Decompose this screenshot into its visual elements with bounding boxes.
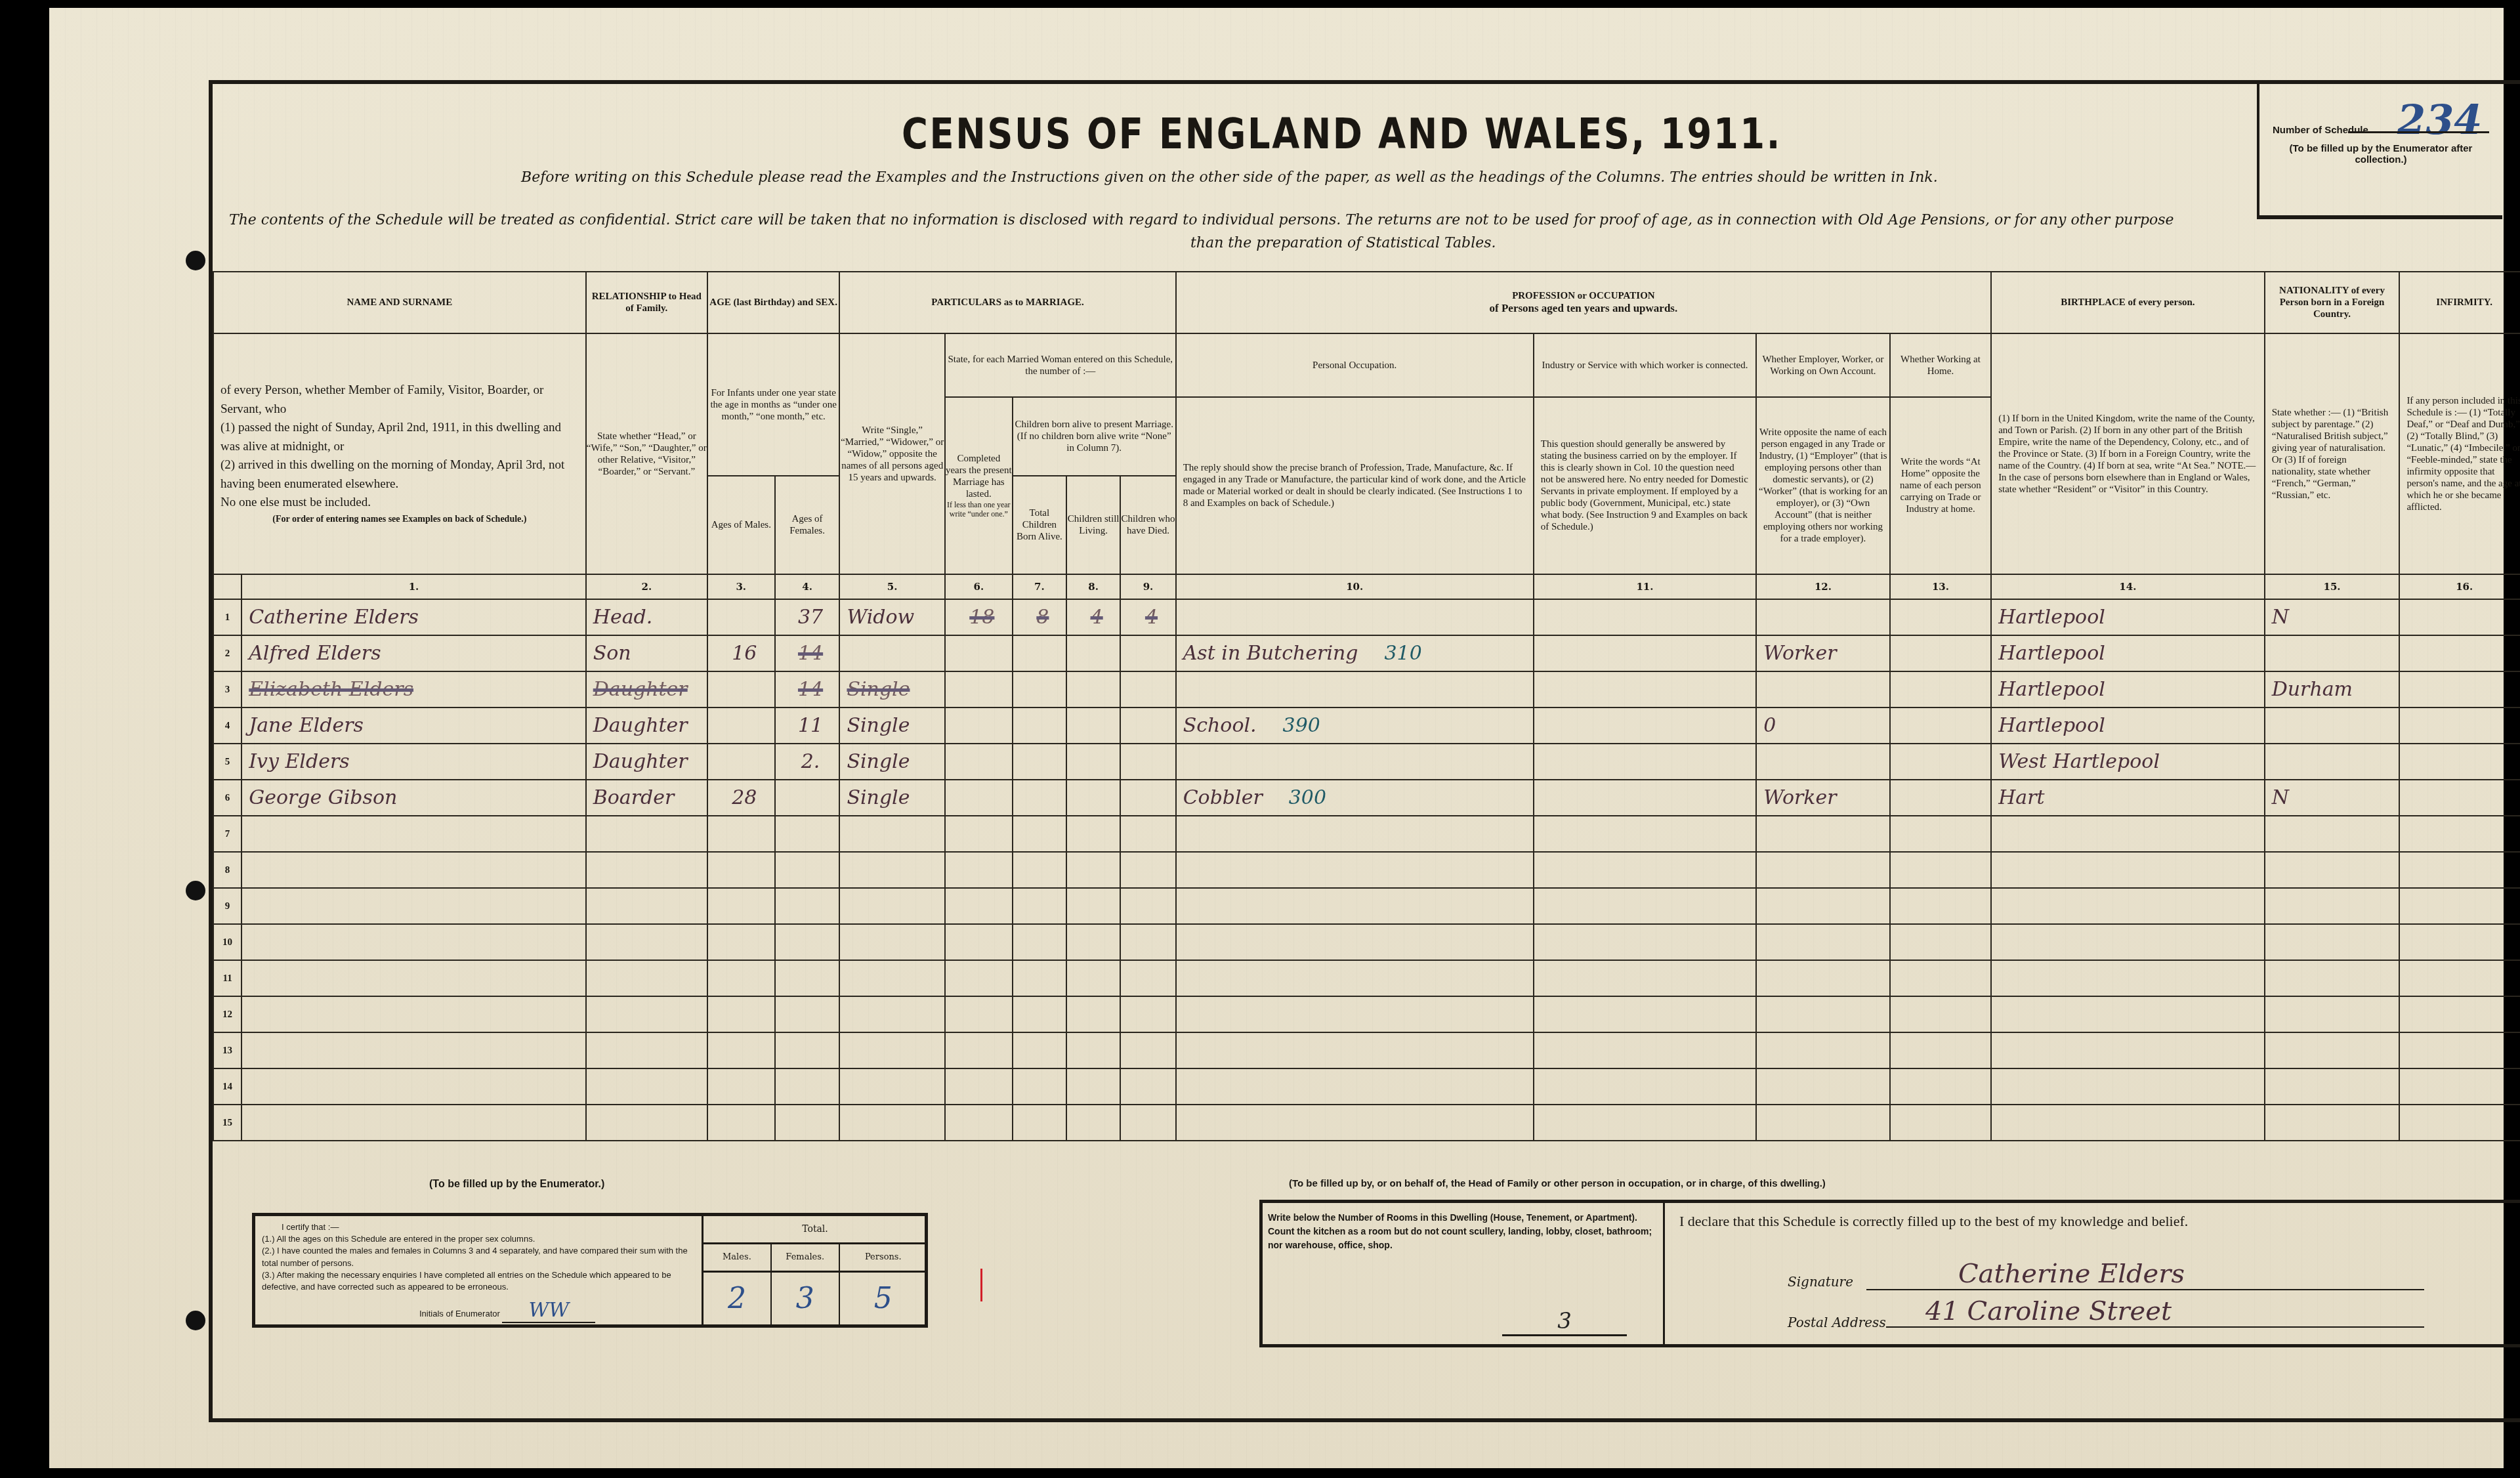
cell-status[interactable]: [839, 996, 944, 1032]
cell-m[interactable]: 16: [707, 635, 775, 671]
cell-status[interactable]: [839, 1105, 944, 1141]
cell-birth[interactable]: Hartlepool: [1991, 707, 2265, 744]
cell-occ[interactable]: [1176, 1068, 1534, 1105]
cell-c8[interactable]: [1066, 888, 1120, 924]
cell-rel[interactable]: [586, 1068, 707, 1105]
cell-c6[interactable]: [945, 1068, 1013, 1105]
cell-c6[interactable]: [945, 635, 1013, 671]
cell-c8[interactable]: [1066, 1032, 1120, 1068]
cell-c9[interactable]: [1120, 888, 1175, 924]
cell-f[interactable]: [775, 996, 840, 1032]
cell-c8[interactable]: [1066, 780, 1120, 816]
cell-c9[interactable]: [1120, 996, 1175, 1032]
cell-c8[interactable]: [1066, 707, 1120, 744]
cell-occ[interactable]: Ast in Butchering310: [1176, 635, 1534, 671]
cell-rel[interactable]: [586, 1105, 707, 1141]
cell-name[interactable]: Elizabeth Elders: [241, 671, 586, 707]
total-females[interactable]: 3: [772, 1273, 840, 1325]
cell-ind[interactable]: [1534, 635, 1756, 671]
cell-inf[interactable]: [2399, 816, 2520, 852]
row-number: 14: [213, 1068, 241, 1105]
cell-f[interactable]: 14: [775, 671, 840, 707]
cell-birth[interactable]: [1991, 960, 2265, 996]
cell-ind[interactable]: [1534, 996, 1756, 1032]
cell-c7[interactable]: [1013, 635, 1066, 671]
cell-c8[interactable]: [1066, 635, 1120, 671]
cell-nat[interactable]: N: [2265, 599, 2400, 635]
cell-emp[interactable]: [1756, 960, 1890, 996]
cell-occ[interactable]: [1176, 888, 1534, 924]
cell-home[interactable]: [1890, 707, 1991, 744]
cell-c9[interactable]: [1120, 1068, 1175, 1105]
rooms-count[interactable]: 3: [1502, 1308, 1627, 1336]
total-males[interactable]: 2: [703, 1273, 772, 1325]
cell-m[interactable]: [707, 707, 775, 744]
cell-m[interactable]: [707, 888, 775, 924]
cell-inf[interactable]: [2399, 960, 2520, 996]
cell-emp[interactable]: Worker: [1756, 780, 1890, 816]
cell-inf[interactable]: [2399, 1032, 2520, 1068]
personal-occupation-instructions: The reply should show the precise branch…: [1176, 397, 1534, 574]
cell-f[interactable]: [775, 1105, 840, 1141]
cell-occ[interactable]: [1176, 1105, 1534, 1141]
ages-males-header: Ages of Males.: [707, 476, 775, 574]
cell-ind[interactable]: [1534, 1105, 1756, 1141]
table-row: 4Jane EldersDaughter11SingleSchool.3900H…: [213, 707, 2520, 744]
cell-c9[interactable]: 4: [1120, 599, 1175, 635]
cell-c9[interactable]: [1120, 816, 1175, 852]
row-number: 12: [213, 996, 241, 1032]
cell-emp[interactable]: [1756, 1032, 1890, 1068]
cell-m[interactable]: [707, 1032, 775, 1068]
cell-f[interactable]: 11: [775, 707, 840, 744]
cell-c9[interactable]: [1120, 635, 1175, 671]
cell-occ[interactable]: [1176, 599, 1534, 635]
at-home-instructions: Write the words “At Home” opposite the n…: [1890, 397, 1991, 574]
cell-f[interactable]: 37: [775, 599, 840, 635]
header-occupation: PROFESSION or OCCUPATION of Persons aged…: [1176, 272, 1991, 333]
cell-name[interactable]: Catherine Elders: [241, 599, 586, 635]
industry-instructions: This question should generally be answer…: [1534, 397, 1756, 574]
cell-occ[interactable]: [1176, 744, 1534, 780]
cell-emp[interactable]: [1756, 744, 1890, 780]
rooms-instruction: Write below the Number of Rooms in this …: [1268, 1211, 1655, 1252]
cell-birth[interactable]: [1991, 816, 2265, 852]
cell-name[interactable]: [241, 816, 586, 852]
cell-occ[interactable]: [1176, 1032, 1534, 1068]
cell-name[interactable]: [241, 1032, 586, 1068]
table-row: 1Catherine EldersHead.37Widow18844Hartle…: [213, 599, 2520, 635]
cell-inf[interactable]: [2399, 852, 2520, 888]
cell-c6[interactable]: [945, 780, 1013, 816]
enumerator-initials[interactable]: WW: [502, 1299, 595, 1323]
cell-c7[interactable]: [1013, 744, 1066, 780]
cell-home[interactable]: [1890, 852, 1991, 888]
cell-ind[interactable]: [1534, 671, 1756, 707]
cell-status[interactable]: [839, 924, 944, 960]
row-number: 8: [213, 852, 241, 888]
cell-c8[interactable]: [1066, 924, 1120, 960]
footer-section: (To be filled up by the Enumerator.) I c…: [213, 1160, 2520, 1420]
cell-inf[interactable]: [2399, 635, 2520, 671]
cell-rel[interactable]: Boarder: [586, 780, 707, 816]
cell-name[interactable]: Jane Elders: [241, 707, 586, 744]
cell-emp[interactable]: [1756, 996, 1890, 1032]
cell-home[interactable]: [1890, 960, 1991, 996]
cell-birth[interactable]: [1991, 1068, 2265, 1105]
cell-nat[interactable]: [2265, 1032, 2400, 1068]
cell-c7[interactable]: [1013, 780, 1066, 816]
cell-birth[interactable]: [1991, 924, 2265, 960]
cell-status[interactable]: [839, 816, 944, 852]
row-number: 10: [213, 924, 241, 960]
totals-box: Total. Males. Females. Persons. 2 3 5: [702, 1216, 927, 1324]
header-at-home: Whether Working at Home.: [1890, 333, 1991, 397]
cell-nat[interactable]: [2265, 1068, 2400, 1105]
row-number: 15: [213, 1105, 241, 1141]
cell-occ[interactable]: [1176, 671, 1534, 707]
cell-home[interactable]: [1890, 996, 1991, 1032]
cell-status[interactable]: [839, 960, 944, 996]
cell-nat[interactable]: [2265, 635, 2400, 671]
cell-m[interactable]: [707, 924, 775, 960]
cell-f[interactable]: [775, 924, 840, 960]
cell-f[interactable]: [775, 816, 840, 852]
cell-birth[interactable]: Hartlepool: [1991, 635, 2265, 671]
cell-name[interactable]: Ivy Elders: [241, 744, 586, 780]
cell-c8[interactable]: [1066, 1105, 1120, 1141]
cell-c6[interactable]: [945, 924, 1013, 960]
cell-ind[interactable]: [1534, 924, 1756, 960]
instruction-line-1: Before writing on this Schedule please r…: [521, 169, 1938, 186]
cell-birth[interactable]: [1991, 888, 2265, 924]
cell-emp[interactable]: [1756, 924, 1890, 960]
cell-c7[interactable]: [1013, 671, 1066, 707]
cell-rel[interactable]: [586, 924, 707, 960]
cell-c8[interactable]: 4: [1066, 599, 1120, 635]
cell-f[interactable]: [775, 1032, 840, 1068]
column-numbers-row: 1. 2. 3. 4. 5. 6. 7. 8. 9. 10. 11. 12. 1…: [213, 574, 2520, 599]
cell-status[interactable]: [839, 1032, 944, 1068]
cell-c6[interactable]: [945, 1032, 1013, 1068]
cell-ind[interactable]: [1534, 707, 1756, 744]
cell-emp[interactable]: [1756, 599, 1890, 635]
cell-inf[interactable]: [2399, 780, 2520, 816]
cell-name[interactable]: [241, 888, 586, 924]
cell-nat[interactable]: [2265, 960, 2400, 996]
cell-ind[interactable]: [1534, 960, 1756, 996]
cell-c7[interactable]: [1013, 1105, 1066, 1141]
cell-home[interactable]: [1890, 599, 1991, 635]
cell-nat[interactable]: [2265, 996, 2400, 1032]
cell-name[interactable]: Alfred Elders: [241, 635, 586, 671]
cell-m[interactable]: 28: [707, 780, 775, 816]
punch-hole: [186, 251, 205, 270]
cell-m[interactable]: [707, 960, 775, 996]
cell-nat[interactable]: [2265, 924, 2400, 960]
cell-occ[interactable]: [1176, 816, 1534, 852]
cell-name[interactable]: George Gibson: [241, 780, 586, 816]
table-row: 9: [213, 888, 2520, 924]
cell-emp[interactable]: [1756, 852, 1890, 888]
marriage-write-instructions: Write “Single,” “Married,” “Widower,” or…: [839, 333, 944, 574]
header-relationship: RELATIONSHIP to Head of Family.: [586, 272, 707, 333]
cell-occ[interactable]: Cobbler300: [1176, 780, 1534, 816]
cell-status[interactable]: [839, 852, 944, 888]
completed-years-header: Completed years the present Marriage has…: [945, 397, 1013, 574]
cell-name[interactable]: [241, 924, 586, 960]
cell-c9[interactable]: [1120, 1105, 1175, 1141]
cell-occ[interactable]: [1176, 924, 1534, 960]
cell-c6[interactable]: [945, 960, 1013, 996]
cell-rel[interactable]: [586, 1032, 707, 1068]
table-row: 14: [213, 1068, 2520, 1105]
cell-c6[interactable]: [945, 1105, 1013, 1141]
cell-status[interactable]: [839, 635, 944, 671]
table-row: 15: [213, 1105, 2520, 1141]
census-table: NAME AND SURNAME RELATIONSHIP to Head of…: [213, 271, 2520, 1141]
header-infirmity: INFIRMITY.: [2399, 272, 2520, 333]
cell-nat[interactable]: [2265, 816, 2400, 852]
cell-c7[interactable]: [1013, 924, 1066, 960]
header-age: AGE (last Birthday) and SEX.: [707, 272, 840, 333]
cell-c7[interactable]: [1013, 960, 1066, 996]
household-heading: (To be filled up by, or on behalf of, th…: [1289, 1178, 1826, 1189]
cell-nat[interactable]: [2265, 888, 2400, 924]
cell-c9[interactable]: [1120, 707, 1175, 744]
cell-emp[interactable]: 0: [1756, 707, 1890, 744]
cell-c7[interactable]: [1013, 888, 1066, 924]
cell-rel[interactable]: Son: [586, 635, 707, 671]
row-number: 13: [213, 1032, 241, 1068]
cell-c9[interactable]: [1120, 780, 1175, 816]
cell-birth[interactable]: Hartlepool: [1991, 599, 2265, 635]
cell-c9[interactable]: [1120, 960, 1175, 996]
cell-c7[interactable]: [1013, 816, 1066, 852]
cell-home[interactable]: [1890, 1068, 1991, 1105]
cell-f[interactable]: [775, 1068, 840, 1105]
cell-birth[interactable]: [1991, 1032, 2265, 1068]
cell-c9[interactable]: [1120, 924, 1175, 960]
cell-home[interactable]: [1890, 744, 1991, 780]
cell-c9[interactable]: [1120, 744, 1175, 780]
cell-home[interactable]: [1890, 780, 1991, 816]
cell-c8[interactable]: [1066, 960, 1120, 996]
cell-nat[interactable]: Durham: [2265, 671, 2400, 707]
punch-hole: [186, 1311, 205, 1330]
cell-c7[interactable]: [1013, 1032, 1066, 1068]
enumerator-heading: (To be filled up by the Enumerator.): [429, 1179, 604, 1191]
cell-c6[interactable]: [945, 996, 1013, 1032]
cell-f[interactable]: [775, 888, 840, 924]
cell-c7[interactable]: [1013, 1068, 1066, 1105]
cell-home[interactable]: [1890, 1105, 1991, 1141]
table-row: 5Ivy EldersDaughter2.SingleWest Hartlepo…: [213, 744, 2520, 780]
cell-c9[interactable]: [1120, 671, 1175, 707]
cell-ind[interactable]: [1534, 744, 1756, 780]
cell-name[interactable]: [241, 1068, 586, 1105]
occupation-code: 300: [1289, 786, 1326, 809]
cell-ind[interactable]: [1534, 1068, 1756, 1105]
cell-rel[interactable]: [586, 816, 707, 852]
cell-occ[interactable]: [1176, 960, 1534, 996]
cell-status[interactable]: Single: [839, 744, 944, 780]
cell-c6[interactable]: [945, 707, 1013, 744]
cell-inf[interactable]: [2399, 744, 2520, 780]
cell-occ[interactable]: School.390: [1176, 707, 1534, 744]
cell-status[interactable]: [839, 1068, 944, 1105]
cell-nat[interactable]: [2265, 707, 2400, 744]
cell-rel[interactable]: [586, 852, 707, 888]
cell-m[interactable]: [707, 1068, 775, 1105]
cell-c6[interactable]: 18: [945, 599, 1013, 635]
cell-c6[interactable]: [945, 671, 1013, 707]
header-industry: Industry or Service with which worker is…: [1534, 333, 1756, 397]
children-header: Children born alive to present Marriage.…: [1013, 397, 1176, 476]
row-number: 2: [213, 635, 241, 671]
cell-c8[interactable]: [1066, 671, 1120, 707]
cell-ind[interactable]: [1534, 780, 1756, 816]
cell-ind[interactable]: [1534, 1032, 1756, 1068]
cell-f[interactable]: 2.: [775, 744, 840, 780]
cell-rel[interactable]: Daughter: [586, 707, 707, 744]
cell-emp[interactable]: [1756, 888, 1890, 924]
cell-f[interactable]: [775, 780, 840, 816]
cell-c8[interactable]: [1066, 744, 1120, 780]
cell-emp[interactable]: [1756, 816, 1890, 852]
cell-status[interactable]: Single: [839, 707, 944, 744]
cell-c8[interactable]: [1066, 1068, 1120, 1105]
table-row: 8: [213, 852, 2520, 888]
signature-field[interactable]: Catherine Elders: [1866, 1259, 2424, 1290]
page-title: CENSUS OF ENGLAND AND WALES, 1911.: [902, 110, 1782, 159]
cell-birth[interactable]: [1991, 996, 2265, 1032]
cell-c6[interactable]: [945, 852, 1013, 888]
cell-name[interactable]: [241, 960, 586, 996]
cell-birth[interactable]: [1991, 1105, 2265, 1141]
cell-f[interactable]: [775, 960, 840, 996]
cell-inf[interactable]: [2399, 996, 2520, 1032]
header-employer: Whether Employer, Worker, or Working on …: [1756, 333, 1890, 397]
cell-inf[interactable]: [2399, 1068, 2520, 1105]
row-number: 4: [213, 707, 241, 744]
cell-occ[interactable]: [1176, 852, 1534, 888]
cell-m[interactable]: [707, 599, 775, 635]
cell-ind[interactable]: [1534, 599, 1756, 635]
cell-home[interactable]: [1890, 924, 1991, 960]
cell-inf[interactable]: [2399, 888, 2520, 924]
cell-c6[interactable]: [945, 816, 1013, 852]
cell-inf[interactable]: [2399, 599, 2520, 635]
cell-occ[interactable]: [1176, 996, 1534, 1032]
cell-nat[interactable]: [2265, 1105, 2400, 1141]
cell-name[interactable]: [241, 1105, 586, 1141]
cell-birth[interactable]: Hart: [1991, 780, 2265, 816]
table-row: 10: [213, 924, 2520, 960]
cell-m[interactable]: [707, 852, 775, 888]
header-birthplace: BIRTHPLACE of every person.: [1991, 272, 2265, 333]
cell-ind[interactable]: [1534, 888, 1756, 924]
cell-c8[interactable]: [1066, 816, 1120, 852]
cell-birth[interactable]: West Hartlepool: [1991, 744, 2265, 780]
cell-m[interactable]: [707, 671, 775, 707]
cell-rel[interactable]: [586, 960, 707, 996]
cell-rel[interactable]: Daughter: [586, 671, 707, 707]
cell-emp[interactable]: [1756, 671, 1890, 707]
cell-nat[interactable]: [2265, 744, 2400, 780]
cell-c7[interactable]: 8: [1013, 599, 1066, 635]
cell-inf[interactable]: [2399, 707, 2520, 744]
schedule-number-value[interactable]: 234: [2397, 96, 2482, 144]
header-personal-occupation: Personal Occupation.: [1176, 333, 1534, 397]
cell-c6[interactable]: [945, 888, 1013, 924]
cell-c7[interactable]: [1013, 852, 1066, 888]
cell-ind[interactable]: [1534, 852, 1756, 888]
cell-home[interactable]: [1890, 635, 1991, 671]
cell-c8[interactable]: [1066, 852, 1120, 888]
name-instructions: of every Person, whether Member of Famil…: [213, 333, 586, 574]
cell-status[interactable]: Single: [839, 671, 944, 707]
total-children-header: Total Children Born Alive.: [1013, 476, 1066, 574]
cell-birth[interactable]: [1991, 852, 2265, 888]
occupation-subtitle: of Persons aged ten years and upwards.: [1177, 302, 1990, 315]
cell-rel[interactable]: [586, 996, 707, 1032]
cell-home[interactable]: [1890, 888, 1991, 924]
cell-m[interactable]: [707, 744, 775, 780]
cell-inf[interactable]: [2399, 924, 2520, 960]
cell-c8[interactable]: [1066, 996, 1120, 1032]
cell-c9[interactable]: [1120, 852, 1175, 888]
cell-rel[interactable]: Head.: [586, 599, 707, 635]
cell-c6[interactable]: [945, 744, 1013, 780]
cell-m[interactable]: [707, 996, 775, 1032]
cell-m[interactable]: [707, 816, 775, 852]
cell-c9[interactable]: [1120, 1032, 1175, 1068]
birthplace-instructions: (1) If born in the United Kingdom, write…: [1991, 333, 2265, 574]
cell-rel[interactable]: [586, 888, 707, 924]
postal-address-field[interactable]: 41 Caroline Street: [1886, 1296, 2424, 1328]
cell-home[interactable]: [1890, 816, 1991, 852]
cell-ind[interactable]: [1534, 816, 1756, 852]
schedule-number-note: (To be filled up by the Enumerator after…: [2273, 143, 2489, 165]
cell-inf[interactable]: [2399, 671, 2520, 707]
schedule-number-box: Number of Schedule 234 (To be filled up …: [2257, 84, 2502, 219]
cell-name[interactable]: [241, 996, 586, 1032]
cell-birth[interactable]: Hartlepool: [1991, 671, 2265, 707]
cell-inf[interactable]: [2399, 1105, 2520, 1141]
cell-name[interactable]: [241, 852, 586, 888]
cell-emp[interactable]: [1756, 1068, 1890, 1105]
cell-home[interactable]: [1890, 671, 1991, 707]
cell-status[interactable]: Widow: [839, 599, 944, 635]
cell-f[interactable]: [775, 852, 840, 888]
total-persons[interactable]: 5: [840, 1273, 927, 1325]
cell-m[interactable]: [707, 1105, 775, 1141]
cell-nat[interactable]: [2265, 852, 2400, 888]
cell-emp[interactable]: Worker: [1756, 635, 1890, 671]
cell-nat[interactable]: N: [2265, 780, 2400, 816]
punch-hole: [186, 881, 205, 900]
cell-status[interactable]: Single: [839, 780, 944, 816]
cell-emp[interactable]: [1756, 1105, 1890, 1141]
cell-f[interactable]: 14: [775, 635, 840, 671]
cell-rel[interactable]: Daughter: [586, 744, 707, 780]
cell-c7[interactable]: [1013, 707, 1066, 744]
cell-status[interactable]: [839, 888, 944, 924]
cell-c7[interactable]: [1013, 996, 1066, 1032]
cell-home[interactable]: [1890, 1032, 1991, 1068]
table-row: 2Alfred EldersSon1614Ast in Butchering31…: [213, 635, 2520, 671]
